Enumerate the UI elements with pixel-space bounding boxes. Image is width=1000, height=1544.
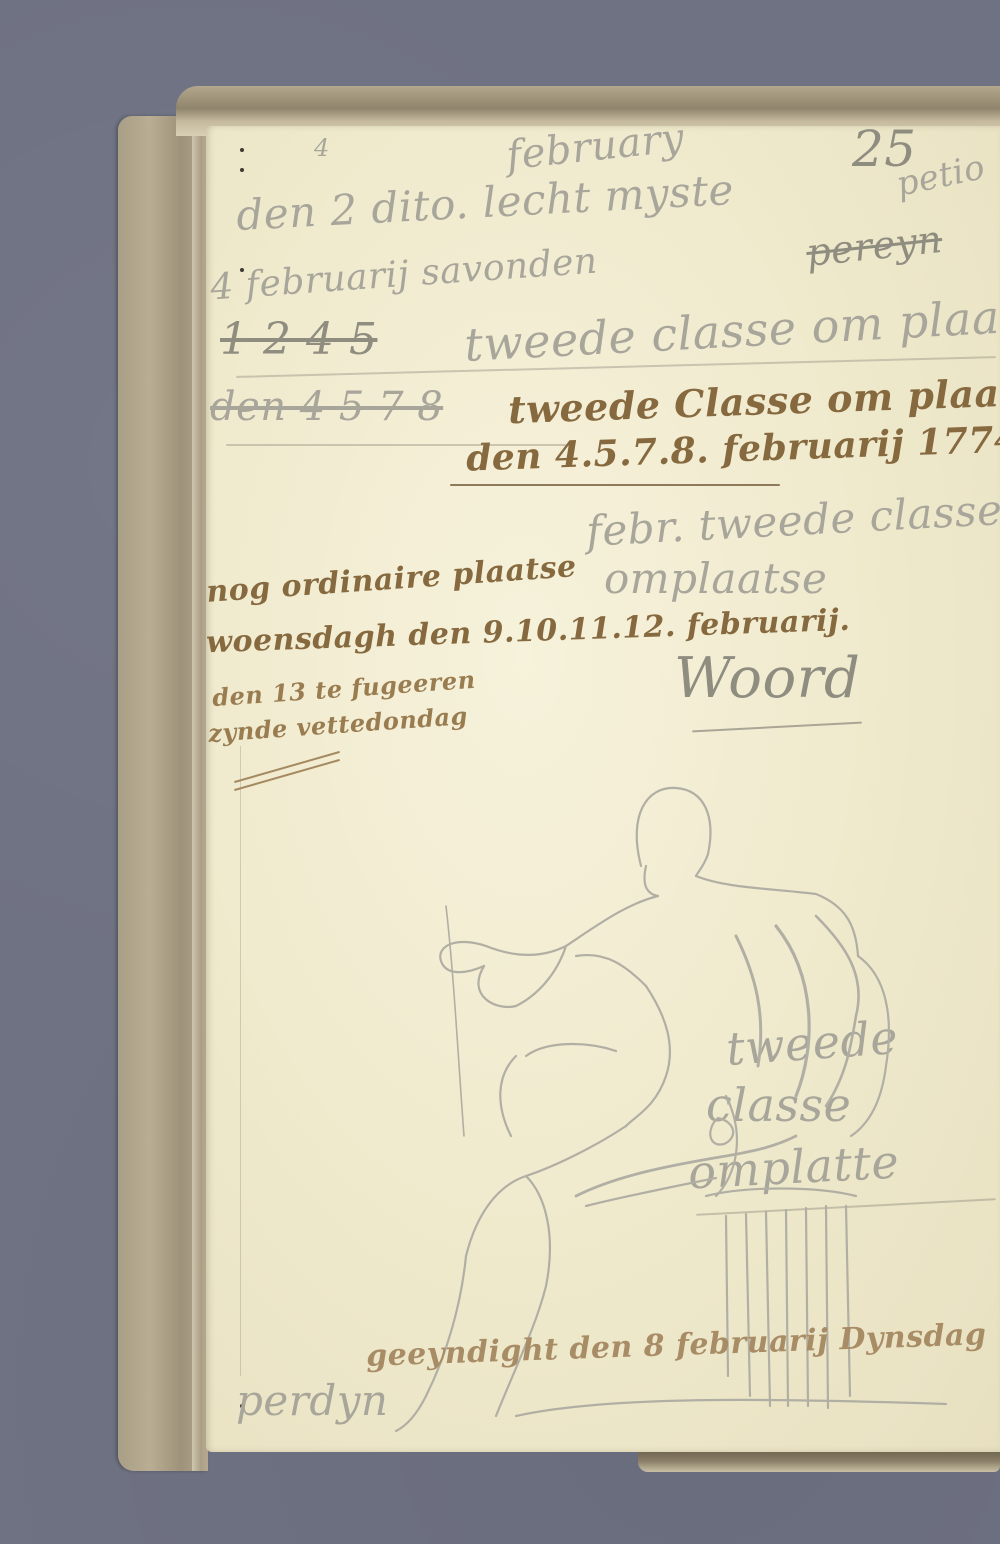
pencil-name-perdyn: perdyn (236, 1376, 388, 1425)
pencil-struck-den: den 4 5 7 8 (210, 384, 443, 430)
ink-note-nog-ordinaire: nog ordinaire plaatse (205, 549, 578, 610)
ink-double-stroke (234, 751, 340, 783)
corner-number: 4 (314, 134, 330, 162)
pencil-struck-dates: 1 2 4 5 (220, 314, 377, 365)
page-edges-left (118, 116, 208, 1471)
ink-double-stroke (234, 759, 340, 791)
pencil-note-den2: den 2 dito. lecht myste (235, 165, 735, 240)
pencil-word-woord: Woord (674, 646, 860, 711)
pencil-note-omplaatse: omplaatse (604, 554, 827, 603)
margin-line (240, 746, 241, 1376)
pencil-underline (692, 722, 862, 733)
pencil-note-febr-tweede: febr. tweede classe (585, 485, 1000, 556)
binding-stitch (240, 148, 244, 152)
pencil-note-pereyn: pereyn (804, 217, 944, 275)
sketchbook: 4 february 25 den 2 dito. lecht myste pe… (118, 86, 1000, 1466)
sketchbook-page: 4 february 25 den 2 dito. lecht myste pe… (206, 126, 1000, 1452)
page-edges-bottom (638, 1450, 1000, 1472)
pencil-note-feb-avonden: 4 februarij savonden (209, 241, 599, 309)
ink-underline (450, 484, 780, 486)
binding-stitch (240, 168, 244, 172)
